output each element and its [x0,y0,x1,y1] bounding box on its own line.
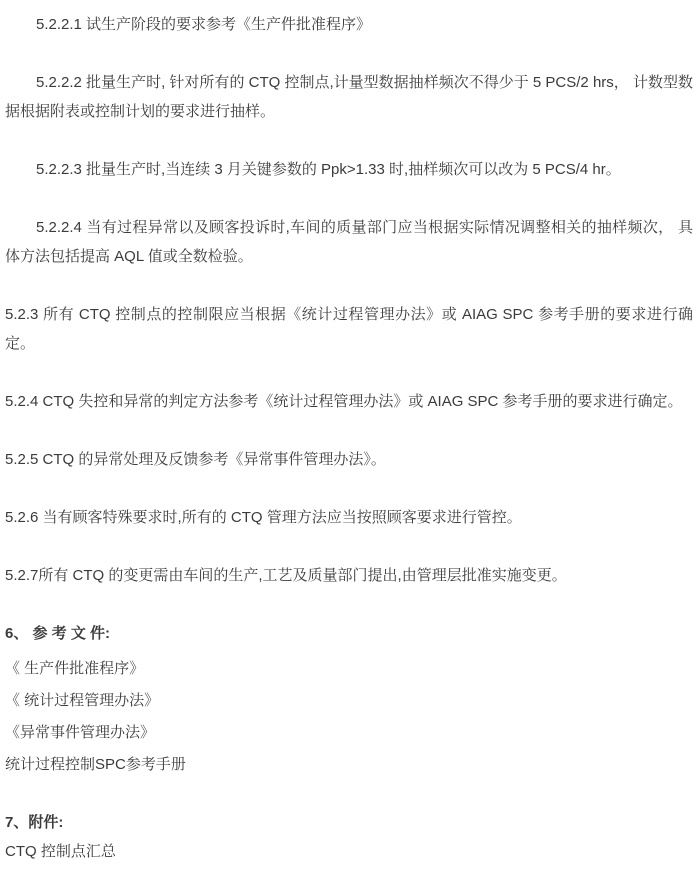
paragraph-5-2-2-1: 5.2.2.1 试生产阶段的要求参考《生产件批准程序》 [5,10,693,39]
paragraph-5-2-4: 5.2.4 CTQ 失控和异常的判定方法参考《统计过程管理办法》或 AIAG S… [5,387,693,416]
paragraph-5-2-5: 5.2.5 CTQ 的异常处理及反馈参考《异常事件管理办法》。 [5,445,693,474]
document-page: 5.2.2.1 试生产阶段的要求参考《生产件批准程序》 5.2.2.2 批量生产… [0,0,699,895]
reference-item-ppap: 《 生产件批准程序》 [5,654,693,683]
section-heading-references: 6、 参 考 文 件: [5,619,693,648]
reference-item-spc-management: 《 统计过程管理办法》 [5,686,693,715]
paragraph-5-2-2-3: 5.2.2.3 批量生产时,当连续 3 月关键参数的 Ppk>1.33 时,抽样… [5,155,693,184]
paragraph-5-2-2-4: 5.2.2.4 当有过程异常以及顾客投诉时,车间的质量部门应当根据实际情况调整相… [5,213,693,271]
reference-item-abnormal-event: 《异常事件管理办法》 [5,718,693,747]
paragraph-5-2-7: 5.2.7所有 CTQ 的变更需由车间的生产,工艺及质量部门提出,由管理层批准实… [5,561,693,590]
paragraph-5-2-2-2: 5.2.2.2 批量生产时, 针对所有的 CTQ 控制点,计量型数据抽样频次不得… [5,68,693,126]
paragraph-5-2-6: 5.2.6 当有顾客特殊要求时,所有的 CTQ 管理方法应当按照顾客要求进行管控… [5,503,693,532]
attachment-item-ctq-summary: CTQ 控制点汇总 [5,837,693,866]
section-heading-attachment: 7、附件: [5,808,693,837]
paragraph-5-2-3: 5.2.3 所有 CTQ 控制点的控制限应当根据《统计过程管理办法》或 AIAG… [5,300,693,358]
reference-item-spc-manual: 统计过程控制SPC参考手册 [5,750,693,779]
